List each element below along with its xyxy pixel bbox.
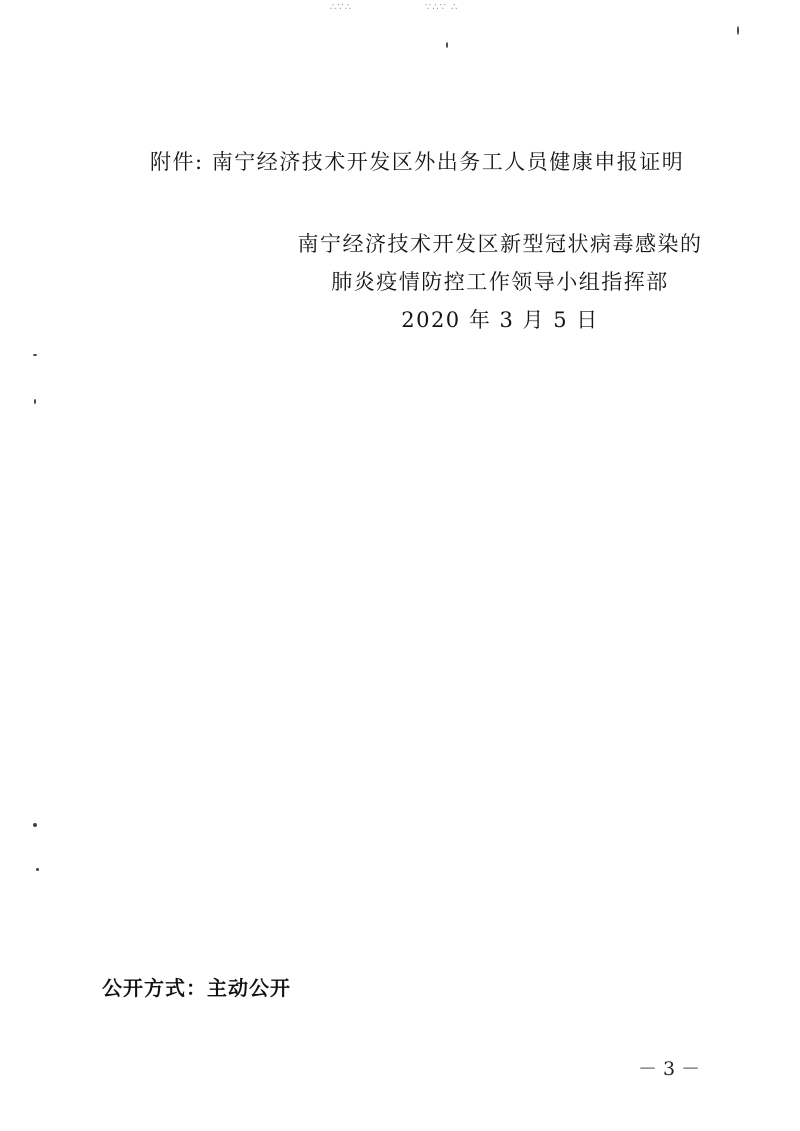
issuer-line-2: 肺炎疫情防控工作领导小组指挥部 bbox=[290, 263, 710, 301]
scan-speck bbox=[737, 26, 739, 35]
scan-speck bbox=[34, 399, 36, 404]
page-number: － 3 － bbox=[638, 1054, 700, 1081]
signature-block: 南宁经济技术开发区新型冠状病毒感染的 肺炎疫情防控工作领导小组指挥部 2020 … bbox=[290, 225, 710, 339]
scan-noise-top-center: ∵∴∵ ∴ bbox=[425, 2, 459, 13]
scan-speck bbox=[36, 868, 39, 871]
scan-noise-top-left: ∴∵∴ bbox=[330, 2, 352, 13]
attachment-title: 附件: 南宁经济技术开发区外出务工人员健康申报证明 bbox=[150, 146, 684, 176]
issuer-line-1: 南宁经济技术开发区新型冠状病毒感染的 bbox=[290, 225, 710, 263]
scan-speck bbox=[33, 354, 37, 356]
issue-date: 2020 年 3 月 5 日 bbox=[290, 301, 710, 339]
scan-speck bbox=[446, 42, 448, 48]
disclosure-method: 公开方式：主动公开 bbox=[102, 972, 291, 1001]
document-page: ∴∵∴ ∵∴∵ ∴ 附件: 南宁经济技术开发区外出务工人员健康申报证明 南宁经济… bbox=[0, 0, 800, 1131]
scan-speck bbox=[33, 823, 37, 827]
